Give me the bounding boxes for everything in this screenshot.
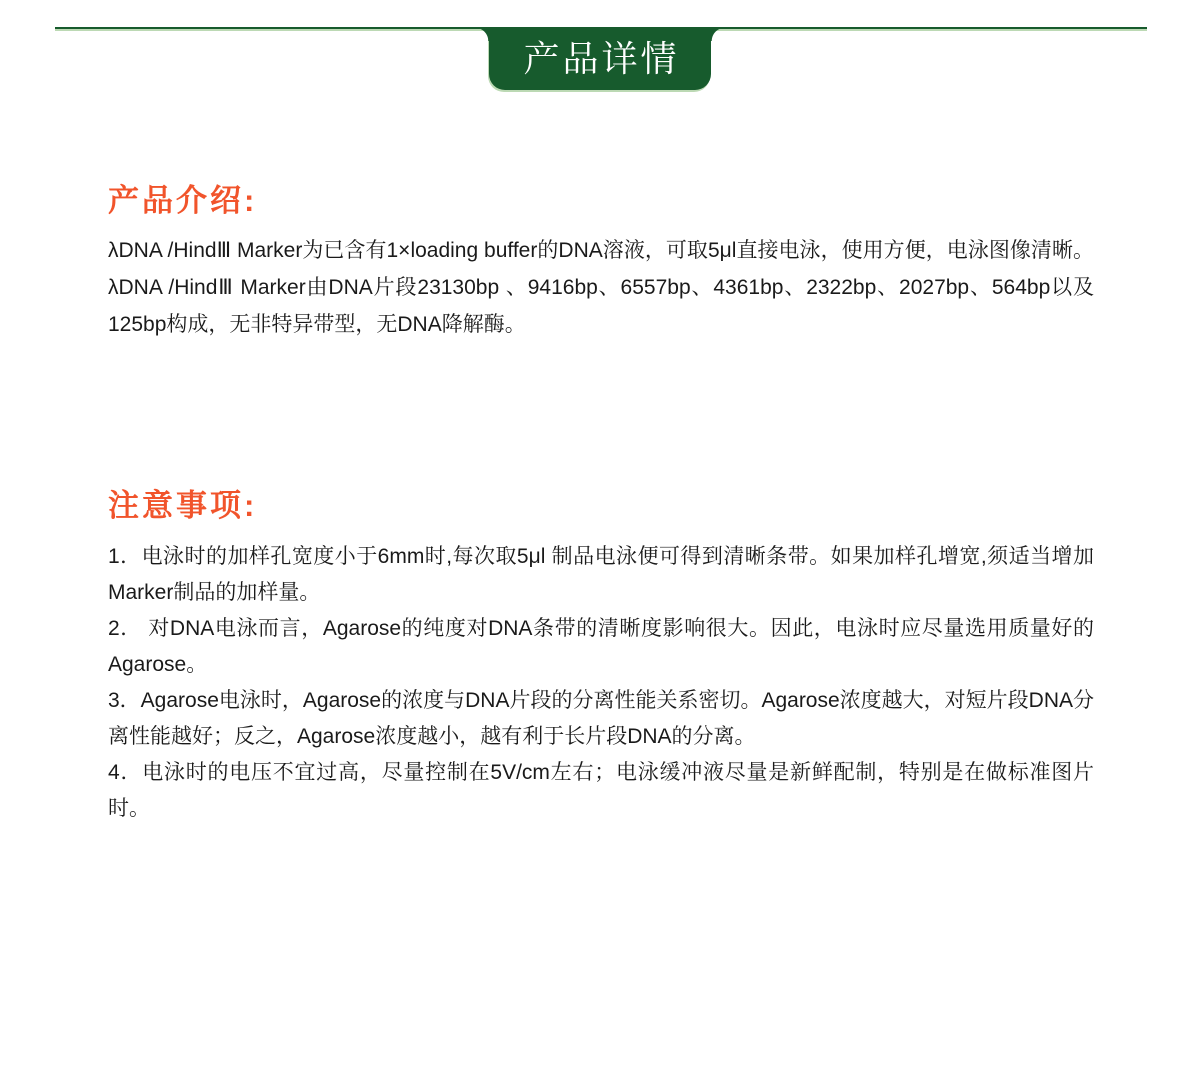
product-intro-paragraph: λDNA /HindⅢ Marker为已含有1×loading buffer的D… bbox=[108, 232, 1094, 343]
precaution-item-1: 1．电泳时的加样孔宽度小于6mm时,每次取5μl 制品电泳便可得到清晰条带。如果… bbox=[108, 539, 1094, 611]
precautions-list: 1．电泳时的加样孔宽度小于6mm时,每次取5μl 制品电泳便可得到清晰条带。如果… bbox=[108, 539, 1094, 827]
product-detail-tab-title: 产品详情 bbox=[520, 41, 679, 77]
precaution-item-4: 4．电泳时的电压不宜过高，尽量控制在5V/cm左右；电泳缓冲液尽量是新鲜配制，特… bbox=[108, 755, 1094, 827]
precaution-item-3: 3．Agarose电泳时，Agarose的浓度与DNA片段的分离性能关系密切。A… bbox=[108, 683, 1094, 755]
product-detail-page: { "colors": { "accent_green": "#175B2D",… bbox=[0, 0, 1200, 1068]
product-detail-tab: 产品详情 bbox=[489, 27, 711, 90]
precaution-item-2: 2． 对DNA电泳而言，Agarose的纯度对DNA条带的清晰度影响很大。因此，… bbox=[108, 611, 1094, 683]
product-intro-heading: 产品介绍: bbox=[108, 183, 257, 219]
precautions-heading: 注意事项: bbox=[108, 488, 257, 524]
